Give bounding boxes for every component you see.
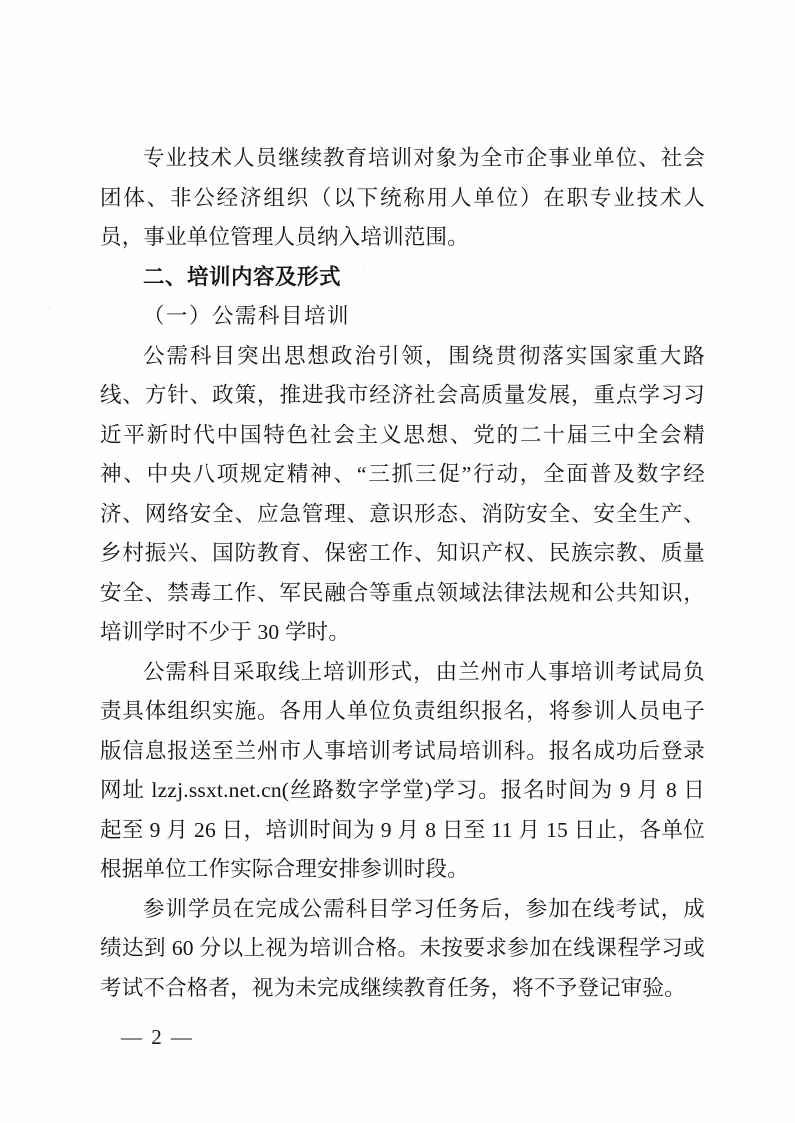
scan-speck [48, 306, 50, 308]
para-training-scope: 专业技术人员继续教育培训对象为全市企事业单位、社会团体、非公经济组织（以下统称用… [100, 139, 705, 258]
scan-speck [363, 266, 365, 268]
page-number: — 2 — [121, 1022, 194, 1052]
para-exam-requirements: 参训学员在完成公需科目学习任务后，参加在线考试，成绩达到 60 分以上视为培训合… [100, 890, 705, 1009]
para-public-subjects-implementation: 公需科目采取线上培训形式，由兰州市人事培训考试局负责具体组织实施。各用人单位负责… [100, 653, 705, 890]
scan-speck [178, 228, 181, 230]
subsection-heading-public-subjects-training: （一）公需科目培训 [100, 297, 705, 337]
document-page: 专业技术人员继续教育培训对象为全市企事业单位、社会团体、非公经济组织（以下统称用… [0, 0, 795, 1123]
para-public-subjects-content: 公需科目突出思想政治引领，围绕贯彻落实国家重大路线、方针、政策，推进我市经济社会… [100, 337, 705, 653]
document-body: 专业技术人员继续教育培训对象为全市企事业单位、社会团体、非公经济组织（以下统称用… [100, 139, 705, 1008]
scan-speck [266, 736, 269, 738]
section-heading-training-content-and-format: 二、培训内容及形式 [100, 258, 705, 298]
